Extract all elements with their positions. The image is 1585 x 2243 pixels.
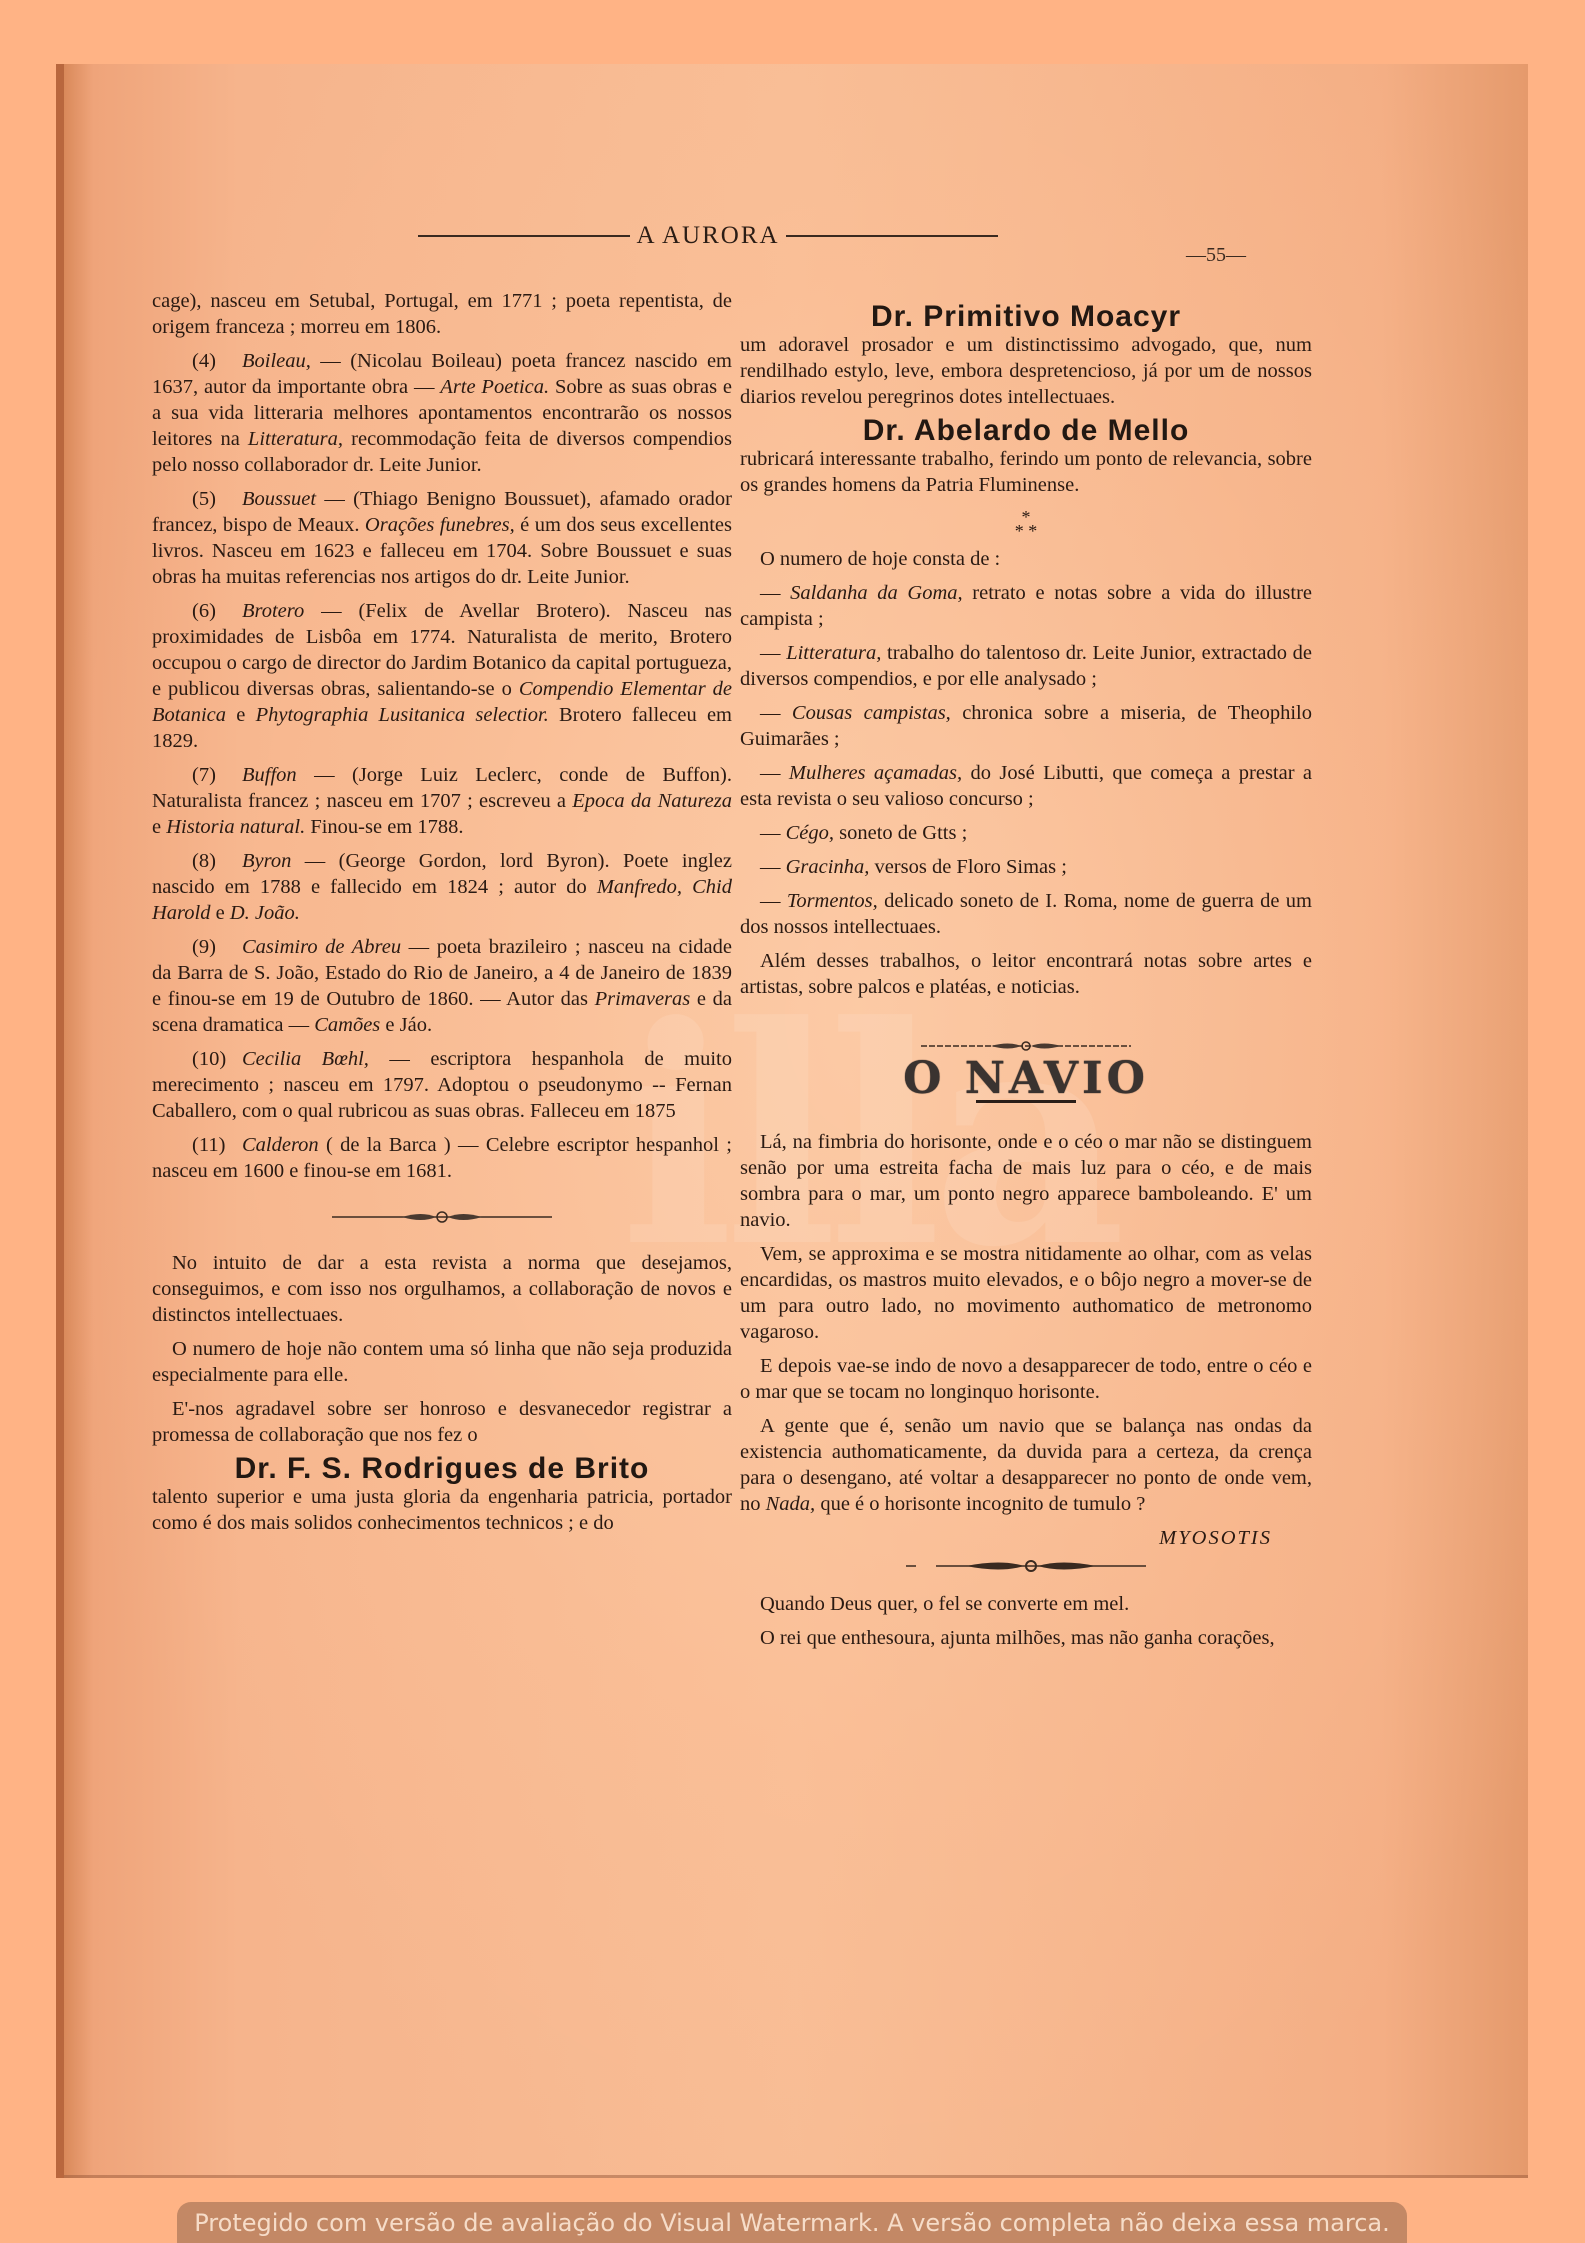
contents-intro: O numero de hoje consta de : <box>740 546 1312 572</box>
footnotes-list: (4)Boileau, — (Nicolau Boileau) poeta fr… <box>152 348 732 1184</box>
header-rule-right <box>786 235 998 237</box>
footnote: (6)Brotero — (Felix de Avellar Brotero).… <box>152 598 732 754</box>
proverb: Quando Deus quer, o fel se converte em m… <box>740 1591 1312 1617</box>
editorial-paragraph: O numero de hoje não contem uma só linha… <box>152 1336 732 1388</box>
article-title: O NAVIO <box>740 1066 1312 1092</box>
contents-item: — Mulheres açamadas, do José Libutti, qu… <box>740 760 1312 812</box>
continued-note: cage), nasceu em Setubal, Portugal, em 1… <box>152 288 732 340</box>
article-body: Lá, na fimbria do horisonte, onde e o cé… <box>740 1129 1312 1405</box>
footnote: (10)Cecilia Bœhl, — escriptora hespanhol… <box>152 1046 732 1124</box>
article-paragraph: A gente que é, senão um navio que se bal… <box>740 1413 1312 1517</box>
contents-outro: Além desses trabalhos, o leitor encontra… <box>740 948 1312 1000</box>
contributor-description: rubricará interessante trabalho, ferindo… <box>740 446 1312 498</box>
contents-item-title: Saldanha da Goma, <box>790 582 963 604</box>
right-column: Dr. Primitivo Moacyr um adoravel prosado… <box>740 300 1312 1659</box>
contents-item: — Tormentos, delicado soneto de I. Roma,… <box>740 888 1312 940</box>
contents-item: — Cégo, soneto de Gtts ; <box>740 820 1312 846</box>
contents-item-title: Gracinha, <box>786 856 870 878</box>
contents-item-title: Cousas campistas, <box>792 702 951 724</box>
footnote-subject: Casimiro de Abreu <box>242 936 401 958</box>
publication-title: A AURORA <box>636 222 779 250</box>
footnote-subject: Byron <box>242 850 291 872</box>
footnote-subject: Calderon <box>242 1134 319 1156</box>
footnote-title: Litteratura, <box>248 428 343 450</box>
contents-list: — Saldanha da Goma, retrato e notas sobr… <box>740 580 1312 940</box>
article-paragraph: E depois vae-se indo de novo a desappare… <box>740 1353 1312 1405</box>
editorial-note: No intuito de dar a esta revista a norma… <box>152 1250 732 1448</box>
asterism: * * * <box>740 510 1312 538</box>
ornament-divider <box>740 1559 1312 1573</box>
contents-item-title: Cégo, <box>786 822 834 844</box>
contributor-description: talento superior e uma justa gloria da e… <box>152 1484 732 1536</box>
footnote-number: (5) <box>172 486 242 512</box>
footnote-number: (10) <box>172 1046 242 1072</box>
footnote: (4)Boileau, — (Nicolau Boileau) poeta fr… <box>152 348 732 478</box>
footnote-number: (11) <box>172 1132 242 1158</box>
proverb: O rei que enthesoura, ajunta milhões, ma… <box>740 1625 1312 1651</box>
contents-item: — Cousas campistas, chronica sobre a mis… <box>740 700 1312 752</box>
footnote-title: Epoca da Natureza <box>572 790 732 812</box>
contents-item-title: Mulheres açamadas, <box>789 762 962 784</box>
contents-item: — Gracinha, versos de Floro Simas ; <box>740 854 1312 880</box>
footnote-subject: Buffon <box>242 764 297 786</box>
footnote-number: (9) <box>172 934 242 960</box>
footnote-number: (8) <box>172 848 242 874</box>
footnote: (8)Byron — (George Gordon, lord Byron). … <box>152 848 732 926</box>
footnote-title: Arte Poetica. <box>440 376 549 398</box>
header-rule-left <box>418 235 630 237</box>
watermark-notice: Protegido com versão de avaliação do Vis… <box>177 2202 1407 2243</box>
ornament-divider <box>152 1210 732 1224</box>
contributor-heading: Dr. Abelardo de Mello <box>740 418 1312 444</box>
footnote: (11)Calderon ( de la Barca ) — Celebre e… <box>152 1132 732 1184</box>
footnote-title: Orações funebres, <box>365 514 515 536</box>
footnote-title: Historia natural. <box>166 816 305 838</box>
footnote-number: (4) <box>172 348 242 374</box>
article-paragraph: Vem, se approxima e se mostra nitidament… <box>740 1241 1312 1345</box>
left-column: cage), nasceu em Setubal, Portugal, em 1… <box>152 288 732 1544</box>
footnote-subject: Boileau, <box>242 350 311 372</box>
footnote-number: (6) <box>172 598 242 624</box>
footnote-subject: Boussuet <box>242 488 316 510</box>
footnote-subject: Cecilia Bœhl, <box>242 1048 369 1070</box>
contributor-heading: Dr. Primitivo Moacyr <box>740 304 1312 330</box>
footnote-number: (7) <box>172 762 242 788</box>
contributor-heading: Dr. F. S. Rodrigues de Brito <box>152 1456 732 1482</box>
contents-item-title: Litteratura, <box>786 642 881 664</box>
footnote-subject: Brotero <box>242 600 304 622</box>
footnote-title: Camões <box>314 1014 380 1036</box>
contents-item-title: Tormentos, <box>787 890 878 912</box>
article-signature: MYOSOTIS <box>740 1525 1272 1551</box>
footnote: (7)Buffon — (Jorge Luiz Leclerc, conde d… <box>152 762 732 840</box>
footnote-title: Phytographia Lusitanica selectior. <box>256 704 549 726</box>
contents-item: — Saldanha da Goma, retrato e notas sobr… <box>740 580 1312 632</box>
footnote-title: D. João. <box>230 902 300 924</box>
footnote: (9)Casimiro de Abreu — poeta brazileiro … <box>152 934 732 1038</box>
editorial-paragraph: No intuito de dar a esta revista a norma… <box>152 1250 732 1328</box>
running-header: A AURORA <box>418 222 998 250</box>
article-paragraph: Lá, na fimbria do horisonte, onde e o cé… <box>740 1129 1312 1233</box>
contents-item: — Litteratura, trabalho do talentoso dr.… <box>740 640 1312 692</box>
contributor-description: um adoravel prosador e um distinctissimo… <box>740 332 1312 410</box>
page-number: —55— <box>1186 244 1246 267</box>
editorial-paragraph: E'-nos agradavel sobre ser honroso e des… <box>152 1396 732 1448</box>
footnote-title: Primaveras <box>595 988 691 1010</box>
proverbs: Quando Deus quer, o fel se converte em m… <box>740 1591 1312 1651</box>
ornament-divider <box>740 1040 1312 1052</box>
footnote: (5)Boussuet — (Thiago Benigno Boussuet),… <box>152 486 732 590</box>
